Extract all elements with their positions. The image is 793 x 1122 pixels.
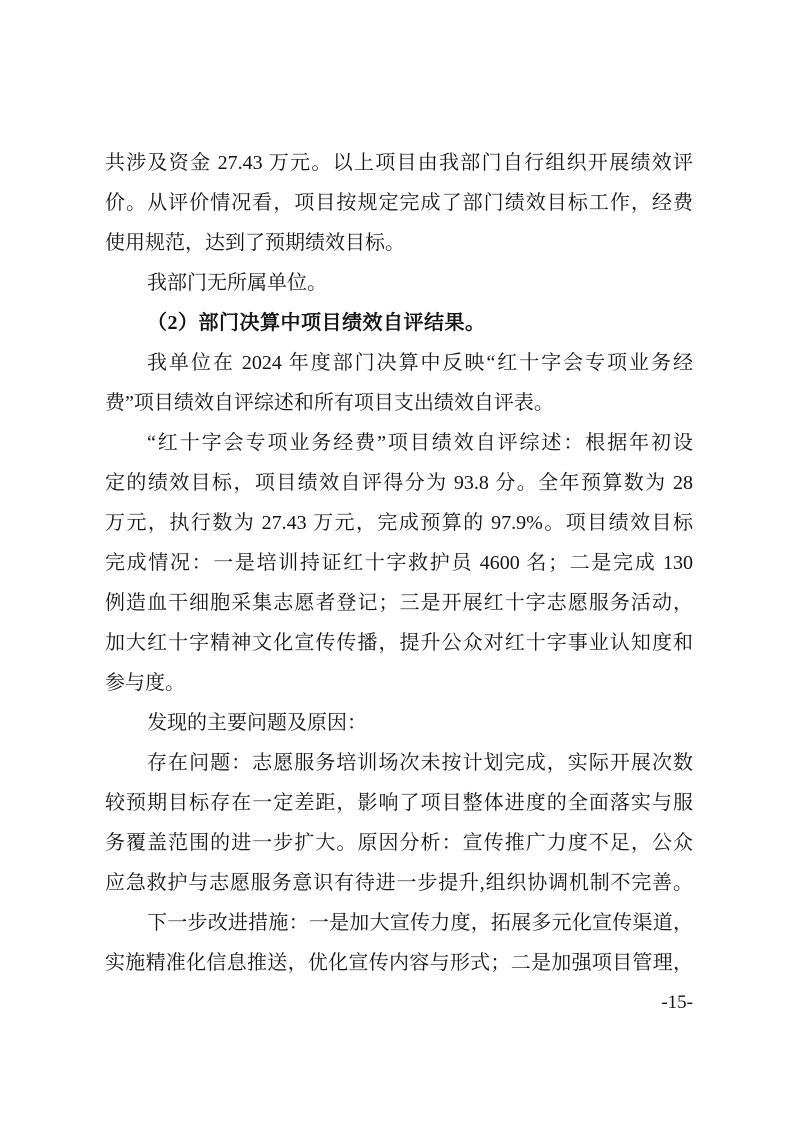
text-line: 完成情况：一是培训持证红十字救护员 4600 名；二是完成 130 bbox=[105, 543, 693, 583]
text-line: 我部门无所属单位。 bbox=[105, 263, 693, 303]
text-line: 发现的主要问题及原因： bbox=[105, 703, 693, 743]
document-page: 共涉及资金 27.43 万元。以上项目由我部门自行组织开展绩效评价。从评价情况看… bbox=[0, 0, 793, 1122]
section-heading: （2）部门决算中项目绩效自评结果。 bbox=[105, 303, 693, 343]
text-line: 实施精准化信息推送，优化宣传内容与形式；二是加强项目管理， bbox=[105, 943, 693, 983]
text-line: 我单位在 2024 年度部门决算中反映“红十字会专项业务经 bbox=[105, 343, 693, 383]
text-line: 存在问题：志愿服务培训场次未按计划完成，实际开展次数 bbox=[105, 743, 693, 783]
text-line: 万元，执行数为 27.43 万元，完成预算的 97.9%。项目绩效目标 bbox=[105, 503, 693, 543]
paragraph: 我单位在 2024 年度部门决算中反映“红十字会专项业务经费”项目绩效自评综述和… bbox=[105, 343, 693, 423]
paragraph: （2）部门决算中项目绩效自评结果。 bbox=[105, 303, 693, 343]
text-line: 共涉及资金 27.43 万元。以上项目由我部门自行组织开展绩效评 bbox=[105, 143, 693, 183]
paragraph: “红十字会专项业务经费”项目绩效自评综述：根据年初设定的绩效目标，项目绩效自评得… bbox=[105, 423, 693, 703]
text-line: 使用规范，达到了预期绩效目标。 bbox=[105, 223, 693, 263]
document-body: 共涉及资金 27.43 万元。以上项目由我部门自行组织开展绩效评价。从评价情况看… bbox=[105, 143, 693, 983]
text-line: 较预期目标存在一定差距，影响了项目整体进度的全面落实与服 bbox=[105, 783, 693, 823]
paragraph: 存在问题：志愿服务培训场次未按计划完成，实际开展次数较预期目标存在一定差距，影响… bbox=[105, 743, 693, 903]
text-line: 参与度。 bbox=[105, 663, 693, 703]
paragraph: 我部门无所属单位。 bbox=[105, 263, 693, 303]
paragraph: 共涉及资金 27.43 万元。以上项目由我部门自行组织开展绩效评价。从评价情况看… bbox=[105, 143, 693, 263]
text-line: 加大红十字精神文化宣传传播，提升公众对红十字事业认知度和 bbox=[105, 623, 693, 663]
text-line: 应急救护与志愿服务意识有待进一步提升,组织协调机制不完善。 bbox=[105, 863, 693, 903]
text-line: “红十字会专项业务经费”项目绩效自评综述：根据年初设 bbox=[105, 423, 693, 463]
paragraph: 下一步改进措施：一是加大宣传力度，拓展多元化宣传渠道，实施精准化信息推送，优化宣… bbox=[105, 903, 693, 983]
paragraph: 发现的主要问题及原因： bbox=[105, 703, 693, 743]
text-line: 例造血干细胞采集志愿者登记；三是开展红十字志愿服务活动， bbox=[105, 583, 693, 623]
text-line: 价。从评价情况看，项目按规定完成了部门绩效目标工作，经费 bbox=[105, 183, 693, 223]
text-line: 务覆盖范围的进一步扩大。原因分析：宣传推广力度不足，公众 bbox=[105, 823, 693, 863]
text-line: 定的绩效目标，项目绩效自评得分为 93.8 分。全年预算数为 28 bbox=[105, 463, 693, 503]
text-line: 下一步改进措施：一是加大宣传力度，拓展多元化宣传渠道， bbox=[105, 903, 693, 943]
page-number: -15- bbox=[105, 992, 693, 1014]
text-line: 费”项目绩效自评综述和所有项目支出绩效自评表。 bbox=[105, 383, 693, 423]
